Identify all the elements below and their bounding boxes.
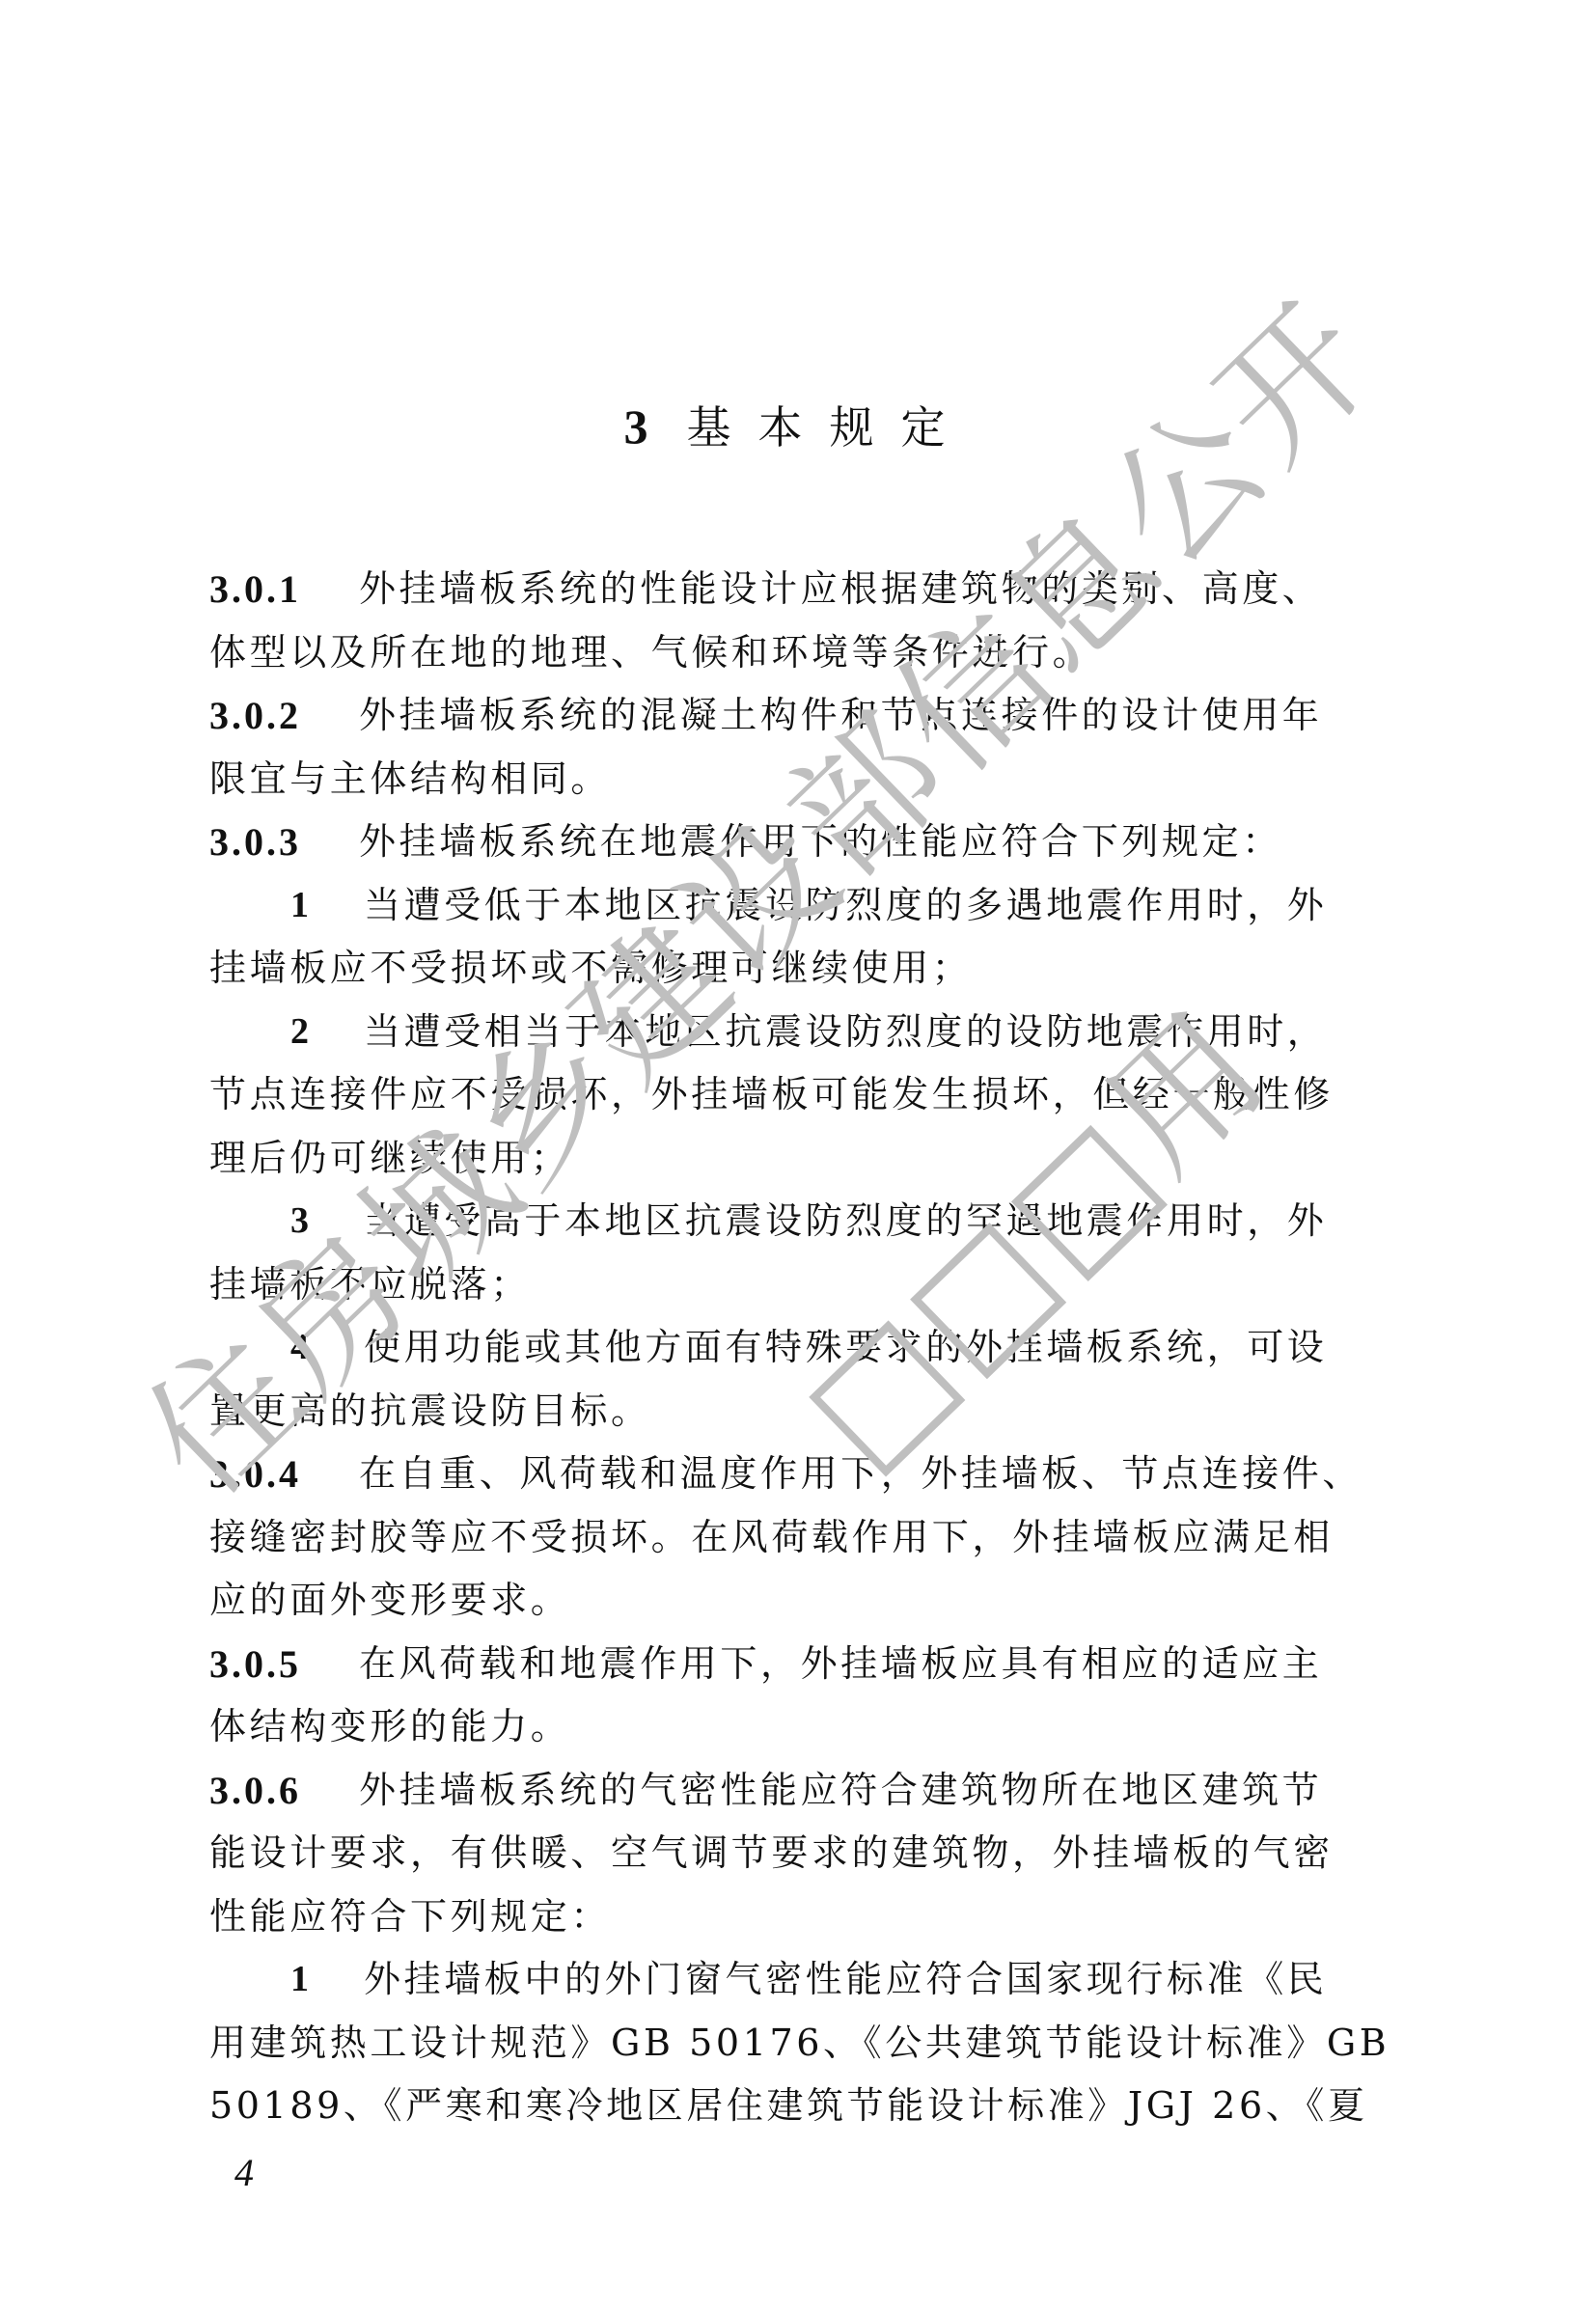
continuation-line: 50189、《严寒和寒冷地区居住建筑节能设计标准》JGJ 26、《夏 — [209, 2075, 1389, 2138]
continuation-line: 挂墙板应不受损坏或不需修理可继续使用； — [209, 937, 1389, 1001]
continuation-line: 挂墙板不应脱落； — [209, 1253, 1389, 1317]
clause-3-0-5-line: 3.0.5在风荷载和地震作用下，外挂墙板应具有相应的适应主 — [209, 1633, 1389, 1696]
clause-number: 3.0.1 — [209, 558, 359, 621]
line-text: 50189、《严寒和寒冷地区居住建筑节能设计标准》JGJ 26、《夏 — [209, 2075, 1368, 2138]
item-number: 1 — [290, 1948, 364, 2012]
chapter-number: 3 — [624, 399, 648, 454]
continuation-line: 体型以及所在地的地理、气候和环境等条件进行。 — [209, 621, 1389, 685]
line-text: 在风荷载和地震作用下，外挂墙板应具有相应的适应主 — [359, 1633, 1322, 1696]
line-text: 节点连接件应不受损坏，外挂墙板可能发生损坏，但经一般性修 — [209, 1063, 1334, 1127]
continuation-line: 接缝密封胶等应不受损坏。在风荷载作用下，外挂墙板应满足相 — [209, 1506, 1389, 1570]
line-text: 体型以及所在地的地理、气候和环境等条件进行。 — [209, 621, 1092, 685]
item-number: 2 — [290, 1001, 364, 1064]
continuation-line: 体结构变形的能力。 — [209, 1695, 1389, 1759]
clause-3-0-1-line: 3.0.1外挂墙板系统的性能设计应根据建筑物的类别、高度、 — [209, 558, 1389, 621]
continuation-line: 置更高的抗震设防目标。 — [209, 1380, 1389, 1444]
line-text: 理后仍可继续使用； — [209, 1127, 570, 1191]
item-number: 4 — [290, 1316, 364, 1380]
item-line: 1外挂墙板中的外门窗气密性能应符合国家现行标准《民 — [209, 1948, 1389, 2012]
line-text: 外挂墙板系统的气密性能应符合建筑物所在地区建筑节 — [359, 1759, 1322, 1823]
page-number: 4 — [234, 2150, 254, 2195]
item-number: 3 — [290, 1190, 364, 1253]
continuation-line: 应的面外变形要求。 — [209, 1569, 1389, 1633]
line-text: 外挂墙板系统的混凝土构件和节点连接件的设计使用年 — [359, 684, 1322, 748]
line-text: 当遭受低于本地区抗震设防烈度的多遇地震作用时，外 — [364, 874, 1327, 938]
clause-number: 3.0.4 — [209, 1443, 359, 1506]
line-text: 挂墙板应不受损坏或不需修理可继续使用； — [209, 937, 972, 1001]
continuation-line: 节点连接件应不受损坏，外挂墙板可能发生损坏，但经一般性修 — [209, 1063, 1389, 1127]
continuation-line: 能设计要求，有供暖、空气调节要求的建筑物，外挂墙板的气密 — [209, 1822, 1389, 1885]
line-text: 当遭受相当于本地区抗震设防烈度的设防地震作用时， — [364, 1001, 1327, 1064]
line-text: 挂墙板不应脱落； — [209, 1253, 531, 1317]
clause-number: 3.0.5 — [209, 1633, 359, 1696]
line-text: 限宜与主体结构相同。 — [209, 748, 611, 812]
item-line: 2当遭受相当于本地区抗震设防烈度的设防地震作用时， — [209, 1001, 1389, 1064]
line-text: 能设计要求，有供暖、空气调节要求的建筑物，外挂墙板的气密 — [209, 1822, 1334, 1885]
continuation-line: 理后仍可继续使用； — [209, 1127, 1389, 1191]
clause-number: 3.0.6 — [209, 1759, 359, 1823]
item-number: 1 — [290, 874, 364, 938]
line-text: 置更高的抗震设防目标。 — [209, 1380, 651, 1444]
clause-3-0-3-line: 3.0.3外挂墙板系统在地震作用下的性能应符合下列规定： — [209, 811, 1389, 874]
item-line: 4使用功能或其他方面有特殊要求的外挂墙板系统，可设 — [209, 1316, 1389, 1380]
continuation-line: 用建筑热工设计规范》GB 50176、《公共建筑节能设计标准》GB — [209, 2012, 1389, 2076]
line-text: 当遭受高于本地区抗震设防烈度的罕遇地震作用时，外 — [364, 1190, 1327, 1253]
item-line: 1当遭受低于本地区抗震设防烈度的多遇地震作用时，外 — [209, 874, 1389, 938]
line-text: 使用功能或其他方面有特殊要求的外挂墙板系统，可设 — [364, 1316, 1327, 1380]
continuation-line: 性能应符合下列规定： — [209, 1885, 1389, 1949]
clause-number: 3.0.2 — [209, 684, 359, 748]
line-text: 体结构变形的能力。 — [209, 1695, 570, 1759]
body-text: 3.0.1外挂墙板系统的性能设计应根据建筑物的类别、高度、 体型以及所在地的地理… — [209, 558, 1389, 2138]
item-line: 3当遭受高于本地区抗震设防烈度的罕遇地震作用时，外 — [209, 1190, 1389, 1253]
line-text: 用建筑热工设计规范》GB 50176、《公共建筑节能设计标准》GB — [209, 2012, 1390, 2076]
line-text: 性能应符合下列规定： — [209, 1885, 611, 1949]
line-text: 外挂墙板系统在地震作用下的性能应符合下列规定： — [359, 811, 1282, 874]
clause-3-0-4-line: 3.0.4在自重、风荷载和温度作用下，外挂墙板、节点连接件、 — [209, 1443, 1389, 1506]
line-text: 接缝密封胶等应不受损坏。在风荷载作用下，外挂墙板应满足相 — [209, 1506, 1334, 1570]
document-page: 3基本规定 3.0.1外挂墙板系统的性能设计应根据建筑物的类别、高度、 体型以及… — [0, 0, 1596, 2311]
clause-number: 3.0.3 — [209, 811, 359, 874]
line-text: 在自重、风荷载和温度作用下，外挂墙板、节点连接件、 — [359, 1443, 1362, 1506]
clause-3-0-6-line: 3.0.6外挂墙板系统的气密性能应符合建筑物所在地区建筑节 — [209, 1759, 1389, 1823]
line-text: 外挂墙板中的外门窗气密性能应符合国家现行标准《民 — [364, 1948, 1327, 2012]
line-text: 外挂墙板系统的性能设计应根据建筑物的类别、高度、 — [359, 558, 1322, 621]
continuation-line: 限宜与主体结构相同。 — [209, 748, 1389, 812]
chapter-title: 3基本规定 — [0, 398, 1596, 456]
chapter-title-text: 基本规定 — [687, 401, 973, 454]
clause-3-0-2-line: 3.0.2外挂墙板系统的混凝土构件和节点连接件的设计使用年 — [209, 684, 1389, 748]
line-text: 应的面外变形要求。 — [209, 1569, 570, 1633]
